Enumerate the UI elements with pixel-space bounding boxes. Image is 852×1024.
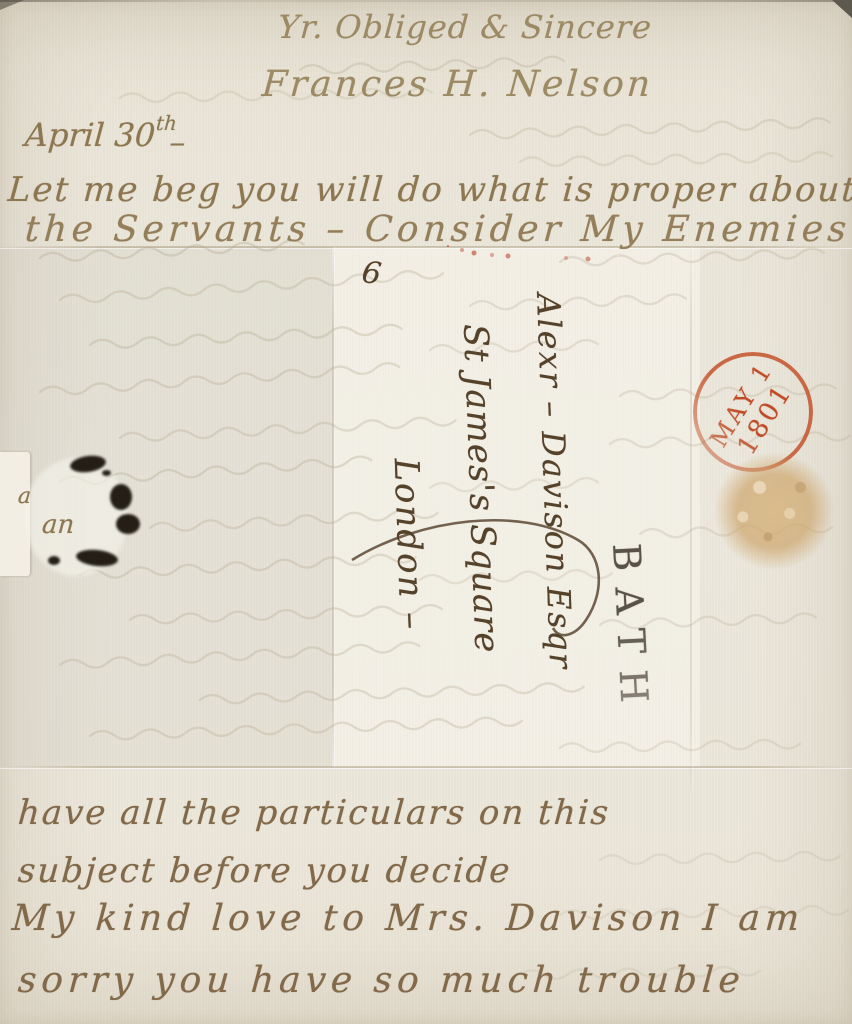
address-street: St James's Square — [437, 295, 525, 697]
paper-top-edge — [0, 0, 852, 2]
date-text: April 30 — [24, 116, 157, 154]
black-seal-remnant: a an — [18, 448, 168, 598]
body-bottom-line-3: My kind love to Mrs. Davison I am — [11, 898, 806, 939]
body-top-line-2: the Servants – Consider My Enemies – — [24, 209, 852, 250]
body-top-line-1: Let me beg you will do what is proper ab… — [7, 170, 852, 210]
date-line: April 30th– — [24, 116, 188, 154]
body-bottom-line-4: sorry you have so much trouble — [17, 960, 747, 1001]
red-wafer-specks — [447, 245, 449, 247]
seal-blob — [110, 484, 132, 510]
ink-fragment-2: an — [41, 510, 75, 540]
body-bottom-line-1: have all the particulars on this — [17, 793, 612, 833]
seal-blob — [102, 470, 111, 476]
body-bottom-line-2: subject before you decide — [17, 851, 513, 891]
fold-crease-bottom — [0, 766, 852, 768]
address-recipient: Alexr – Davison Esqr — [511, 292, 599, 694]
address-block: Alexr – Davison Esqr St James's Square L… — [363, 292, 599, 700]
signature: Frances H. Nelson — [261, 64, 655, 105]
wax-seal-stain — [714, 452, 834, 570]
clipped-corner-top-right — [832, 0, 852, 18]
fold-crease-left-vertical — [332, 247, 334, 767]
closing-line: Yr. Obliged & Sincere — [277, 8, 654, 46]
clipped-corner-top-left — [0, 0, 24, 10]
seal-blob — [48, 556, 60, 565]
letter-scan: Yr. Obliged & Sincere Frances H. Nelson … — [0, 0, 852, 1024]
date-dash: – — [168, 123, 187, 161]
ink-fragment-1: a — [17, 484, 32, 509]
date-postmark: MAY 1 1801 — [693, 352, 813, 472]
fold-crease-right-vertical — [690, 247, 692, 792]
date-postmark-text: MAY 1 1801 — [704, 357, 802, 467]
address-city: London – — [363, 297, 451, 699]
seal-blob — [116, 514, 140, 534]
